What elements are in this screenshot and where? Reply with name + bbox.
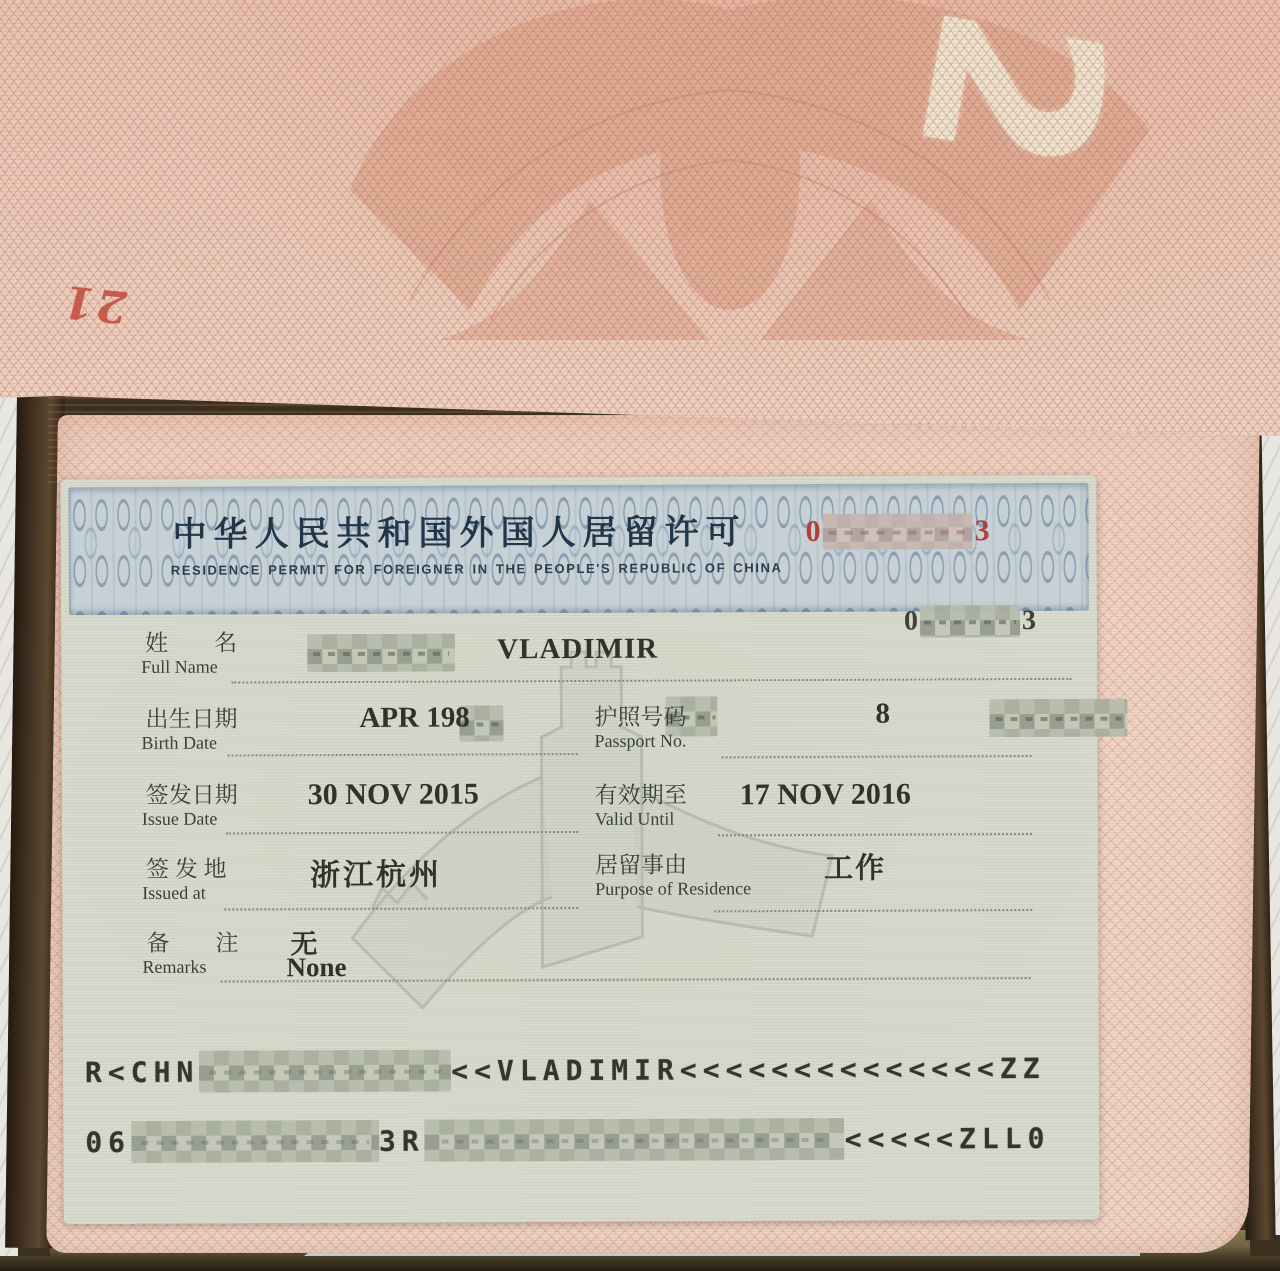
field-label-zh: 签 发 地 [146,851,227,884]
field-value-full-name: VLADIMIR [497,633,658,667]
field-value-birth-date: APR 198 [359,701,470,734]
serial-black-end: 3 [1022,605,1036,637]
redaction-block-surname [307,634,455,673]
guilloche-mesh [0,0,1280,440]
field-label-en: Valid Until [595,809,675,830]
passport-photo: 2 21 中华人民共和国外国人居留许可 RESIDENCE PERMIT FOR… [0,0,1280,1271]
field-value-passport-no: 8 [875,698,890,731]
mrz-line-1: R<CHN <<VLADIMIR<<<<<<<<<<<<<<ZZ [85,1047,1046,1093]
page-number-21: 21 [56,275,133,332]
residence-permit-sticker: 中华人民共和国外国人居留许可 RESIDENCE PERMIT FOR FORE… [60,475,1099,1225]
mrz1-end: <<VLADIMIR<<<<<<<<<<<<<<ZZ [451,1051,1045,1087]
field-label-zh: 居留事由 [595,847,687,880]
field-label-en: Issued at [142,883,206,904]
field-label-en: Passport No. [594,731,686,752]
redaction-block [823,513,973,550]
mrz2-start: 06 [85,1125,131,1158]
field-label-en: Issue Date [142,809,218,830]
serial-red-start: 0 [806,515,821,549]
field-underline [722,755,1032,758]
upper-passport-page: 2 21 [0,0,1280,440]
field-label-zh: 出生日期 [145,700,237,733]
field-value-valid-until: 17 NOV 2016 [740,778,911,813]
mrz1-start: R<CHN [85,1055,199,1088]
mrz2-end: <<<<<ZLL0 [845,1121,1051,1155]
redaction-block [920,605,1020,637]
redaction-block-passport-no [989,699,1127,738]
mrz-line-2: 06 3R <<<<<ZLL0 [85,1117,1050,1163]
field-label-zh: 签发日期 [146,776,238,809]
field-label-en: Remarks [142,957,206,978]
field-value-issue-date: 30 NOV 2015 [308,777,479,812]
field-label-zh: 有效期至 [595,777,687,810]
permit-serial-black: 0 3 [904,605,1036,638]
field-label-zh: 姓 名 [145,624,237,657]
field-label-zh: 备 注 [146,924,238,957]
field-label-en: Purpose of Residence [595,878,751,900]
redaction-block-mrz [425,1118,845,1162]
permit-title-zh: 中华人民共和国外国人居留许可 [173,504,747,556]
serial-black-start: 0 [904,606,918,638]
mrz2-mid: 3R [379,1124,425,1157]
field-label-zh: 护照号码 [594,699,686,732]
redaction-block-mrz [131,1120,379,1163]
serial-red-end: 3 [975,514,990,548]
permit-title-en: RESIDENCE PERMIT FOR FOREIGNER IN THE PE… [171,560,783,578]
field-underline [718,833,1032,836]
field-value-purpose: 工作 [824,846,886,887]
field-label-en: Full Name [141,657,218,678]
field-value-issued-at: 浙江杭州 [310,850,442,895]
book-shadow-bottom [0,1256,1280,1271]
field-label-en: Birth Date [141,733,217,754]
permit-serial-red: 0 3 [806,513,990,550]
field-value-remarks-en: None [286,952,346,983]
redaction-block-mrz [199,1050,451,1093]
field-underline [714,909,1032,912]
